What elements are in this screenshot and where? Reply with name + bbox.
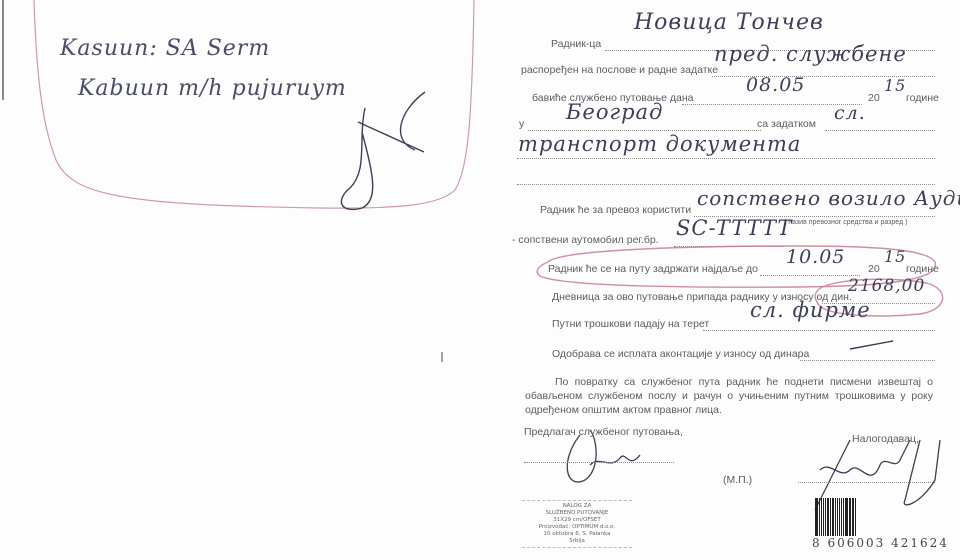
travel-year-value[interactable]: 15 <box>884 76 906 95</box>
barcode <box>815 498 950 536</box>
car-value[interactable]: SC-TTTTT <box>676 216 792 240</box>
task-dotline <box>825 130 935 131</box>
stamp-line: Proizvođač: OPTIMUM d.o.o. <box>522 524 632 531</box>
pink-frame <box>34 0 474 208</box>
city-value[interactable]: Београд <box>566 100 663 124</box>
advance-dotline <box>800 360 935 361</box>
stay-year-prefix: 20 <box>868 263 880 275</box>
proposer-label: Предлагач службеног путовања, <box>524 426 683 438</box>
stamp-line: SLUŽBENO PUTOVANJE <box>522 510 632 517</box>
advance-dash <box>850 341 893 349</box>
year-suffix: године <box>906 92 939 104</box>
printer-stamp: NALOG ZA SLUŽBENO PUTOVANJE 31X29 cm/OFS… <box>522 500 632 548</box>
costs-value[interactable]: сл. фирме <box>750 298 871 322</box>
proposer-dotline <box>524 462 674 463</box>
task-label: са задатком <box>757 118 816 130</box>
stay-year-value[interactable]: 15 <box>884 247 906 266</box>
task-blank-dotline <box>517 184 935 185</box>
worker-value[interactable]: Новица Тончев <box>634 10 824 35</box>
costs-label: Путни трошкови падају на терет <box>552 318 709 330</box>
task-value[interactable]: сл. <box>834 102 866 124</box>
per-diem-value[interactable]: 2168,00 <box>848 276 925 296</box>
travel-date-value[interactable]: 08.05 <box>746 74 805 96</box>
stay-year-suffix: године <box>906 263 939 275</box>
year-prefix: 20 <box>868 92 880 104</box>
left-signature <box>341 92 425 209</box>
seal-label: (М.П.) <box>723 474 752 486</box>
barcode-digits: 8 606003 421624 <box>812 536 949 550</box>
worker-label: Радник-ца <box>551 38 601 50</box>
transport-hint: ( назив превозног средства и разред ) <box>784 219 907 226</box>
stamp-line: NALOG ZA <box>522 503 632 510</box>
in-label: у <box>519 118 524 130</box>
issuer-dotline <box>798 482 935 483</box>
car-dotline <box>674 246 784 247</box>
assigned-label: распоређен на послове и радне задатке <box>521 64 718 76</box>
stamp-line: 10 oktobra 6, S. Palanka <box>522 531 632 538</box>
stay-label: Радник ће се на путу задржати најдаље до <box>548 263 758 275</box>
task-continued[interactable]: транспорт документа <box>518 132 801 156</box>
transport-value[interactable]: сопствено возило Ауди 8 <box>697 186 960 210</box>
task-cont-dotline <box>517 158 935 159</box>
stamp-line: Srbija <box>522 538 632 545</box>
return-paragraph: По повратку са службеног пута радник ће … <box>525 375 933 417</box>
transport-label: Радник ће за превоз користити <box>540 204 691 216</box>
stay-dotline <box>760 275 860 276</box>
advance-label: Одобрава се исплата аконтације у износу … <box>552 348 809 360</box>
issuer-label: Налогодавац, <box>852 433 919 445</box>
annotation-layer <box>0 0 960 560</box>
assigned-value[interactable]: пред. службене <box>714 42 907 66</box>
stamp-line: 31X29 cm/OFSET <box>522 517 632 524</box>
stay-date-value[interactable]: 10.05 <box>786 246 845 268</box>
city-dotline <box>528 130 761 131</box>
costs-dotline <box>703 330 935 331</box>
car-label: - сопствени аутомобил рег.бр. <box>512 234 659 246</box>
